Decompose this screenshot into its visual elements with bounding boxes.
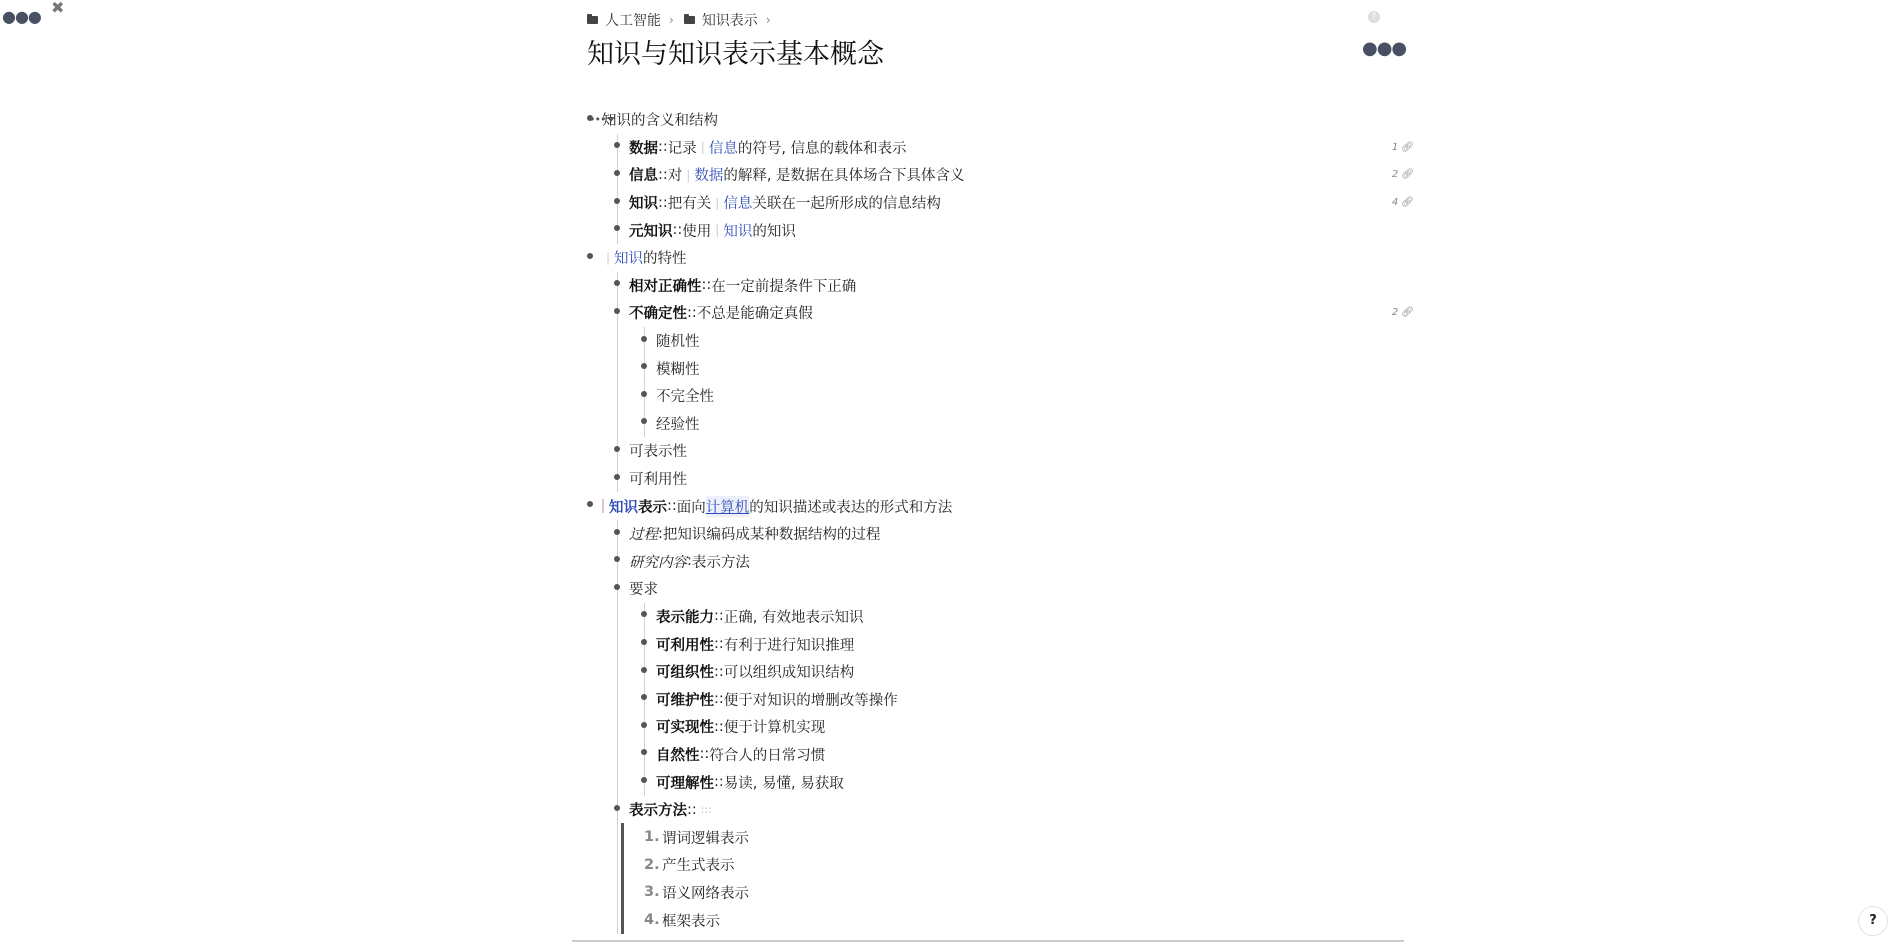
text: 把知识编码成某种数据结构的过程: [663, 523, 881, 544]
property-key: 数据: [629, 137, 658, 158]
text: 记录: [668, 137, 697, 158]
outline-row[interactable]: | 知识 的特性: [587, 244, 1404, 272]
list-item[interactable]: 1. 谓词逻辑表示: [644, 823, 1404, 851]
text: 面向: [677, 496, 706, 517]
property-key: 知识: [629, 192, 658, 213]
bullet[interactable]: [641, 749, 647, 755]
bullet[interactable]: [587, 115, 593, 121]
text: 可表示性: [629, 440, 687, 461]
property-sep: ::: [714, 719, 724, 735]
outline-row[interactable]: 模糊性: [641, 354, 1404, 382]
property-key: 过程: [629, 523, 658, 544]
link-icon: 🔗︎: [1401, 307, 1414, 318]
list-number: 4.: [644, 912, 662, 928]
outline-row[interactable]: 随机性: [641, 327, 1404, 355]
property-sep: ::: [673, 222, 683, 238]
bullet[interactable]: [641, 667, 647, 673]
page-ref[interactable]: 数据: [694, 164, 723, 185]
outline-row[interactable]: 可维护性 :: 便于对知识的增删改等操作: [641, 685, 1404, 713]
property-sep: ::: [700, 746, 710, 762]
outline-row[interactable]: 过程 : 把知识编码成某种数据结构的过程: [614, 520, 1404, 548]
ref-bar: |: [715, 223, 719, 237]
bullet[interactable]: [614, 584, 620, 590]
text: 的符号, 信息的载体和表示: [738, 137, 907, 158]
outline-row[interactable]: 自然性 :: 符合人的日常习惯: [641, 741, 1404, 769]
bullet[interactable]: [614, 170, 620, 176]
list-item-text: 谓词逻辑表示: [662, 827, 749, 848]
children: 表示能力 :: 正确, 有效地表示知识 可利用性 :: 有利于进行知识推理 可组…: [641, 603, 1404, 796]
list-item[interactable]: 4. 框架表示: [644, 906, 1404, 934]
outline-row[interactable]: 表示能力 :: 正确, 有效地表示知识: [641, 603, 1404, 631]
property-key: 自然性: [656, 744, 700, 765]
bullet[interactable]: [614, 805, 620, 811]
outline-block: 知识 表示 :: 面向 计算机 的知识描述或表达的形式和方法 过程 : 把知识编…: [549, 492, 1404, 934]
text: 要求: [629, 578, 658, 599]
bullet[interactable]: [587, 501, 593, 507]
bullet[interactable]: [614, 474, 620, 480]
bullet[interactable]: [614, 556, 620, 562]
outline: ••• 知识的含义和结构 数据 :: 记录 | 信息 的符号, 信息的载体和表示…: [549, 106, 1404, 934]
bullet[interactable]: [641, 391, 647, 397]
numbered-list: 1. 谓词逻辑表示 2. 产生式表示 3. 语义网络表示 4. 框架表示: [621, 823, 1404, 933]
bullet[interactable]: [614, 280, 620, 286]
property-key: 元知识: [629, 220, 673, 241]
bullet[interactable]: [641, 363, 647, 369]
link-icon: 🔗︎: [1401, 197, 1414, 208]
list-item-text: 产生式表示: [662, 854, 735, 875]
children: 相对正确性 :: 在一定前提条件下正确 不确定性 :: 不总是能确定真假 2🔗︎…: [614, 272, 1404, 493]
list-item-text: 框架表示: [662, 910, 720, 931]
outline-row[interactable]: 知识 :: 把有关 | 信息 关联在一起所形成的信息结构 4🔗︎: [614, 189, 1404, 217]
bullet[interactable]: [641, 722, 647, 728]
text: 在一定前提条件下正确: [711, 275, 856, 296]
help-button[interactable]: ?: [1858, 906, 1888, 936]
page-ref[interactable]: 知识: [609, 496, 638, 517]
property-sep: ::: [687, 305, 697, 321]
text: 表示方法: [692, 551, 750, 572]
text: 模糊性: [656, 358, 700, 379]
bullet[interactable]: [614, 225, 620, 231]
outline-row[interactable]: 可实现性 :: 便于计算机实现: [641, 713, 1404, 741]
page-ref[interactable]: 信息: [723, 192, 752, 213]
property-key: 可维护性: [656, 689, 714, 710]
list-number: 1.: [644, 829, 662, 845]
bullet[interactable]: [587, 253, 593, 259]
breadcrumb-item[interactable]: 人工智能: [605, 10, 661, 30]
property-key: 研究内容: [629, 551, 687, 572]
text: 随机性: [656, 330, 700, 351]
text: 的知识: [752, 220, 796, 241]
text: 关联在一起所形成的信息结构: [752, 192, 941, 213]
bullet[interactable]: [641, 777, 647, 783]
close-icon[interactable]: ✖: [51, 0, 64, 17]
children: 数据 :: 记录 | 信息 的符号, 信息的载体和表示 1🔗︎ 信息 :: 对 …: [614, 134, 1404, 244]
bullet[interactable]: [641, 694, 647, 700]
text: 符合人的日常习惯: [709, 744, 825, 765]
page-ref[interactable]: 知识: [614, 247, 643, 268]
chevron-right-icon: ›: [669, 13, 674, 27]
block-text: 的特性: [643, 247, 687, 268]
property-key: 表示方法: [629, 799, 687, 820]
link-icon: 🔗︎: [1401, 169, 1414, 180]
folder-icon: [587, 16, 598, 24]
outline-row[interactable]: 可利用性: [614, 465, 1404, 493]
page-link[interactable]: 计算机: [706, 496, 750, 517]
text: 便于计算机实现: [724, 716, 826, 737]
text: 不总是能确定真假: [697, 302, 813, 323]
folder-icon: [684, 16, 695, 24]
breadcrumb: 人工智能 › 知识表示 ›: [587, 10, 777, 30]
outline-row[interactable]: 知识 表示 :: 面向 计算机 的知识描述或表达的形式和方法: [587, 492, 1404, 520]
children: 过程 : 把知识编码成某种数据结构的过程 研究内容 : 表示方法 要求: [614, 520, 1404, 934]
reference-count[interactable]: 4🔗︎: [1392, 197, 1414, 208]
outline-row[interactable]: 信息 :: 对 | 数据 的解释, 是数据在具体场合下具体含义 2🔗︎: [614, 161, 1404, 189]
property-sep: ::: [714, 774, 724, 790]
property-sep: ::: [714, 636, 724, 652]
bullet[interactable]: [641, 611, 647, 617]
ref-bar: [602, 499, 604, 513]
outline-row[interactable]: 相对正确性 :: 在一定前提条件下正确: [614, 272, 1404, 300]
outline-row[interactable]: 研究内容 : 表示方法: [614, 548, 1404, 576]
ref-bar: |: [606, 251, 610, 265]
outline-row[interactable]: 数据 :: 记录 | 信息 的符号, 信息的载体和表示 1🔗︎: [614, 134, 1404, 162]
property-sep: ::: [702, 277, 712, 293]
outline-block: ••• 知识的含义和结构 数据 :: 记录 | 信息 的符号, 信息的载体和表示…: [549, 106, 1404, 244]
arrow-up-circle-icon[interactable]: ↑: [1368, 11, 1380, 23]
breadcrumb-item[interactable]: 知识表示: [702, 10, 758, 30]
chevron-right-icon: ›: [766, 13, 771, 27]
outline-row[interactable]: 可利用性 :: 有利于进行知识推理: [641, 630, 1404, 658]
text: 的解释, 是数据在具体场合下具体含义: [723, 164, 964, 185]
property-sep: ::: [714, 691, 724, 707]
reference-count[interactable]: 1🔗︎: [1392, 142, 1414, 153]
text: 可利用性: [629, 468, 687, 489]
reference-count[interactable]: 2🔗︎: [1392, 169, 1414, 180]
list-item[interactable]: 3. 语义网络表示: [644, 879, 1404, 907]
property-sep: ::: [714, 664, 724, 680]
reference-count[interactable]: 2🔗︎: [1392, 307, 1414, 318]
outline-row[interactable]: 经验性: [641, 410, 1404, 438]
property-sep: ::: [658, 195, 668, 211]
more-horizontal-icon[interactable]: ●●●: [2, 10, 41, 24]
list-item[interactable]: 2. 产生式表示: [644, 851, 1404, 879]
property-key: 表示能力: [656, 606, 714, 627]
drawer-marker: :::: [701, 803, 712, 816]
property-key: 可利用性: [656, 634, 714, 655]
outline-row[interactable]: 表示方法 :: :::: [614, 796, 1404, 824]
outline-row[interactable]: ••• 知识的含义和结构: [587, 106, 1404, 134]
text: 经验性: [656, 413, 700, 434]
bullet[interactable]: [614, 198, 620, 204]
bullet[interactable]: [614, 446, 620, 452]
property-key: 相对正确性: [629, 275, 702, 296]
text: 的知识描述或表达的形式和方法: [749, 496, 952, 517]
property-sep: ::: [658, 167, 668, 183]
bullet[interactable]: [614, 529, 620, 535]
text: 正确, 有效地表示知识: [724, 606, 864, 627]
bullet[interactable]: [614, 142, 620, 148]
text: 把有关: [668, 192, 712, 213]
property-key: 可组织性: [656, 661, 714, 682]
text: 有利于进行知识推理: [724, 634, 855, 655]
bullet[interactable]: [641, 336, 647, 342]
property-key: 可实现性: [656, 716, 714, 737]
list-item-text: 语义网络表示: [662, 882, 749, 903]
outline-row[interactable]: 可组织性 :: 可以组织成知识结构: [641, 658, 1404, 686]
text: 便于对知识的增删改等操作: [724, 689, 898, 710]
property-key: 不确定性: [629, 302, 687, 323]
list-number: 3.: [644, 884, 662, 900]
property-sep: ::: [714, 608, 724, 624]
caret-down-icon[interactable]: [607, 117, 615, 122]
text: 不完全性: [656, 385, 714, 406]
property-sep: ::: [658, 139, 668, 155]
page-more-button[interactable]: ●●●: [1362, 40, 1406, 58]
outline-block: | 知识 的特性 相对正确性 :: 在一定前提条件下正确 不确定性 :: 不总是…: [549, 244, 1404, 492]
text: 对: [668, 164, 683, 185]
page-title[interactable]: 知识与知识表示基本概念: [587, 32, 884, 71]
bullet[interactable]: [641, 639, 647, 645]
text: 可以组织成知识结构: [724, 661, 855, 682]
page-ref[interactable]: 知识: [723, 220, 752, 241]
outline-row[interactable]: 要求: [614, 575, 1404, 603]
ref-bar: |: [686, 168, 690, 182]
text: 易读, 易懂, 易获取: [724, 772, 844, 793]
block-text: 知识的含义和结构: [602, 109, 718, 130]
property-key: 可理解性: [656, 772, 714, 793]
children: 随机性 模糊性 不完全性 经验性: [641, 327, 1404, 437]
property-key: 表示: [638, 496, 667, 517]
property-sep: ::: [687, 802, 697, 818]
list-number: 2.: [644, 857, 662, 873]
ref-bar: |: [701, 140, 705, 154]
bullet[interactable]: [641, 418, 647, 424]
outline-row[interactable]: 元知识 :: 使用 | 知识 的知识: [614, 216, 1404, 244]
property-sep: ::: [667, 498, 677, 514]
bullet[interactable]: [614, 308, 620, 314]
text: 使用: [682, 220, 711, 241]
property-key: 信息: [629, 164, 658, 185]
outline-row[interactable]: 不确定性 :: 不总是能确定真假 2🔗︎: [614, 299, 1404, 327]
link-icon: 🔗︎: [1401, 142, 1414, 153]
outline-row[interactable]: 不完全性: [641, 382, 1404, 410]
outline-row[interactable]: 可理解性 :: 易读, 易懂, 易获取: [641, 768, 1404, 796]
page-ref[interactable]: 信息: [709, 137, 738, 158]
outline-row[interactable]: 可表示性: [614, 437, 1404, 465]
ref-bar: |: [715, 196, 719, 210]
